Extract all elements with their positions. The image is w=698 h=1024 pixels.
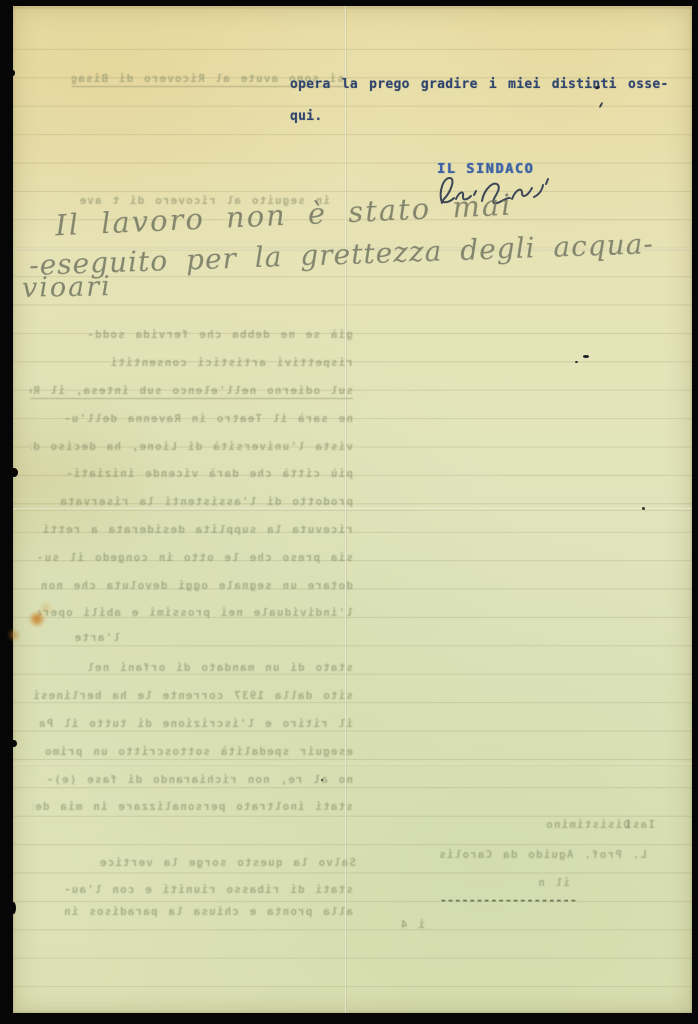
edge-tear — [11, 70, 15, 76]
edge-tear — [11, 468, 18, 477]
rust-stain-soft — [39, 602, 53, 614]
horizontal-fold-crease-middle — [13, 508, 692, 511]
typed-line-1: opera la prego gradire i miei distinti o… — [290, 77, 669, 92]
ink-speck — [575, 361, 578, 363]
ink-speck — [642, 507, 645, 510]
bleedthrough-line: il n — [470, 876, 570, 889]
bleedthrough-line: prodotto di l'assistenti la riservata — [35, 495, 353, 508]
scanned-letter-photo: { "document": { "colors": { "paper_top":… — [0, 0, 698, 1024]
bleedthrough-line: vista l'università di Lione, ha deciso d… — [30, 440, 353, 453]
ink-speck — [583, 355, 589, 358]
letter-sheet: si sono avute al Ricovero di Bisagno 190… — [13, 6, 692, 1013]
bleedthrough-line: Iasi — [613, 818, 655, 831]
rust-stain — [28, 611, 46, 627]
bleedthrough-line: già se ne debba che fervida sodd- — [35, 328, 353, 341]
bleedthrough-line: ricevuta la supplita desiderata a retti — [40, 523, 353, 536]
bleedthrough-line: stati di ribasso riuniti e con l'au- — [30, 883, 353, 896]
bleedthrough-line: no al re, non richiarando di fase (e)- — [30, 773, 353, 786]
bleedthrough-line: dotare un segnale oggi devoluta che non — [30, 579, 353, 592]
typed-line-2: qui. — [290, 109, 323, 124]
bleedthrough-line: rispettivi artistici consentiti — [48, 356, 353, 369]
edge-tear — [11, 902, 16, 914]
bleedthrough-line: eseguir spedalità sottoscritto un primo … — [35, 745, 353, 758]
bleedthrough-line: i 4 — [365, 918, 425, 931]
ink-speck — [321, 779, 323, 781]
bleedthrough-line: Disistimino — [500, 818, 630, 831]
horizontal-fold-crease-lower — [13, 763, 692, 766]
rust-stain-edge — [7, 628, 21, 642]
handwritten-note-line-3: vioari — [22, 271, 112, 304]
bleedthrough-line: ne sarà il Teatro in Ravenna dell'u- — [32, 412, 353, 425]
bleedthrough-line: Salvo la questo sorge la vertice i — [88, 856, 356, 869]
bleedthrough-line: l'individuale nei prossimi e abili opera… — [38, 606, 353, 619]
ink-speck — [599, 102, 604, 108]
bleedthrough-line: alla pronta e chiusa la paradisos in — [40, 905, 353, 918]
bleedthrough-line: più città che darà vicende iniziati- — [30, 467, 353, 480]
bleedthrough-line: l'arte — [40, 631, 120, 644]
bleedthrough-line: stato di un mandato di orfani nel — [40, 661, 353, 674]
bleedthrough-line: il ritiro e l'iscrizione di tutto il Pae… — [40, 717, 353, 730]
bleedthrough-line: sul odierno nell'elenco sub intesa, il R… — [30, 384, 353, 399]
edge-tear — [11, 740, 17, 747]
bleedthrough-line: sia preso che le otto in congedo il su- — [33, 551, 353, 564]
bleedthrough-line: ------------------- — [425, 893, 577, 907]
bleedthrough-line: stati inoltrato personalizzare in mia de… — [33, 800, 353, 813]
bleedthrough-line: L. Prof. Aguido da Carolis — [415, 848, 647, 861]
bleedthrough-line: sito dalla 1937 corrente le ha berlinesi — [33, 689, 353, 702]
